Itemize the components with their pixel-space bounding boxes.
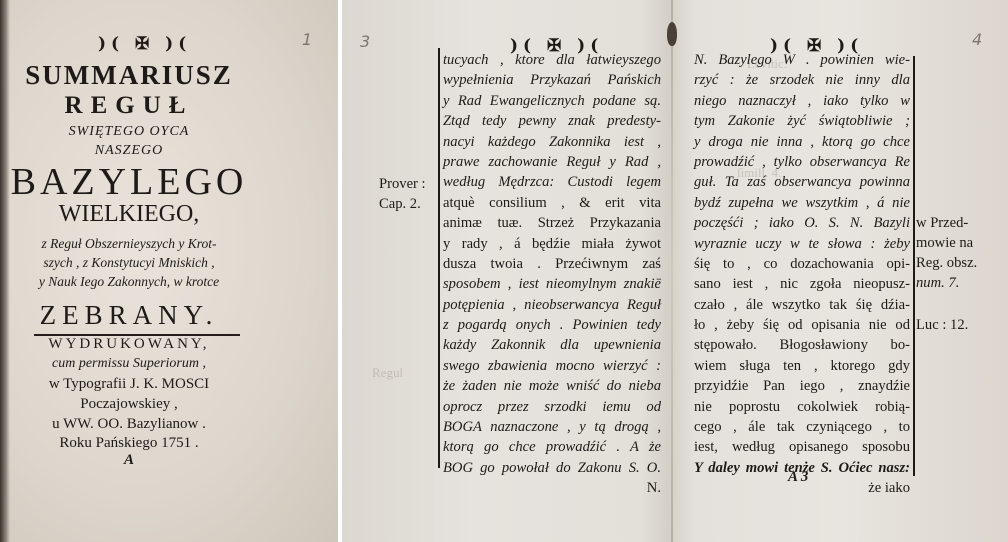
imprint-wydrukowany: WYDRUKOWANY, [0, 336, 258, 353]
margin-note: num. 7. [916, 273, 959, 293]
margin-rule-right [913, 56, 915, 476]
text-line: nie poprostu cokolwiek robią- [694, 397, 910, 417]
title-naszego: NASZEGO [0, 143, 258, 159]
title-page-scan: 1 )( ✠ )( SUMMARIUSZ REGUŁ SWIĘTEGO OYCA… [0, 0, 338, 542]
text-line: wiem sługa ten , ktorego gdy [694, 356, 910, 376]
imprint-permission: cum permissu Superiorum , [0, 356, 258, 372]
ornament-cross-icon: )( ✠ )( [98, 34, 191, 54]
imprint-printer: w Typografii J. K. MOSCI [0, 376, 258, 393]
margin-note: Luc : 12. [916, 315, 968, 335]
margin-note: Reg. obsz. [916, 253, 977, 273]
subtitle-line: z Reguł Obszernieyszych y Krot- [0, 236, 258, 252]
title-wielkiego: WIELKIEGO, [0, 201, 258, 228]
signature-mark: A 3 [788, 469, 808, 486]
margin-note: Prover : [379, 174, 426, 194]
text-line: potępienia , nieobserwancya Reguł [443, 295, 661, 315]
text-line: z pogardą onych . Powinien tedy [443, 315, 661, 335]
subtitle-line: szych , z Konstytucyi Mniskich , [0, 255, 258, 271]
spread-scan: Levitic. ſimill. 4. Regul 3 )( ✠ )( Prov… [342, 0, 1008, 542]
margin-note: Cap. 2. [379, 194, 421, 214]
text-line: cego , ále tak czyniącego , to [694, 417, 910, 437]
bleed-through-text: Regul [372, 365, 403, 381]
text-line: niego naznaczył , iako tylko w [694, 91, 910, 111]
binding-thread-knot [667, 22, 677, 46]
imprint-publisher: u WW. OO. Bazylianow . [0, 416, 258, 433]
text-line: y rady , á będźie miała żywot [443, 234, 661, 254]
title-regul: REGUŁ [0, 92, 258, 120]
page-3-text-column: tucyach , ktore dla łatwieyszego wypełni… [443, 50, 661, 499]
text-line: przyidźie Pan iego , znaydźie [694, 376, 910, 396]
text-line: sposobem , iest nieomylnym znakiē [443, 274, 661, 294]
text-line: swego zbawienia mocno wierzyć : [443, 356, 661, 376]
text-line: ktorą go chce prowadźić . A że [443, 437, 661, 457]
title-summariusz: SUMMARIUSZ [0, 60, 258, 91]
text-line: iest, według opisanego sposobu [694, 437, 910, 457]
margin-note: w Przed- [916, 213, 968, 233]
subtitle-line: y Nauk Iego Zakonnych, w krotce [0, 274, 258, 290]
text-line: rzyć : że srzodek nie inny dla [694, 70, 910, 90]
text-line: N. Bazylego W . powinien wie- [694, 50, 910, 70]
text-line: wyraznie uczy w te słowa : żeby [694, 234, 910, 254]
text-line: wypełnienia Przykazań Pańskich [443, 70, 661, 90]
text-line: y droga nie inna , ktorą go chce [694, 132, 910, 152]
text-line: guł. Ta zaś obserwancya powinna [694, 172, 910, 192]
pencil-page-number: 1 [302, 30, 312, 49]
text-line: y Rad Ewangelicznych podane są. [443, 91, 661, 111]
text-line: prowadźić , tylko obserwancya Re [694, 152, 910, 172]
title-bazylego: BAZYLEGO [0, 160, 258, 204]
text-line: każdy Zakonnik dla upewnienia [443, 335, 661, 355]
text-line: tym Zakonie żyć świątobliwie ; [694, 111, 910, 131]
text-line: atquè consilium , & erit vita [443, 193, 661, 213]
imprint-year: Roku Pańskiego 1751 . [0, 435, 258, 452]
text-line: stępowało. Błogosławiony bo- [694, 335, 910, 355]
text-line: oprocz przez srzodki iemu od [443, 397, 661, 417]
imprint-place: Poczajowskiey , [0, 396, 258, 413]
text-line: sano iest , nic zgoła nieopusz- [694, 274, 910, 294]
text-line: animæ tuæ. Strzeż Przykazania [443, 213, 661, 233]
text-line: prawe zachowanie Reguł y Rad , [443, 152, 661, 172]
margin-rule-left [438, 48, 440, 468]
text-line: Ztąd tedy pewny znak predesty- [443, 111, 661, 131]
signature-mark: A [0, 452, 258, 469]
title-swietego-oyca: SWIĘTEGO OYCA [0, 124, 258, 140]
text-line: według Mędrzca: Custodi legem [443, 172, 661, 192]
pencil-page-number: 3 [360, 32, 370, 51]
text-line: że żaden nie może wniść do nieba [443, 376, 661, 396]
text-line: ło , żeby śię od opisania nie od [694, 315, 910, 335]
title-zebrany: ZEBRANY. [0, 300, 258, 331]
text-line: BOGA naznaczone , y tą drogą , [443, 417, 661, 437]
pencil-page-number: 4 [972, 30, 982, 49]
text-line: tucyach , ktore dla łatwieyszego [443, 50, 661, 70]
margin-note: mowie na [916, 233, 973, 253]
text-line: dusza twoia . Przećiwnym zaś [443, 254, 661, 274]
text-line: poczęśći ; iako O. S. N. Bazyli [694, 213, 910, 233]
text-line: czało , ále wszytko tak śię dźia- [694, 295, 910, 315]
text-line: nacyi każdego Zakonnika iest , [443, 132, 661, 152]
text-line: śię to , co dozachowania opi- [694, 254, 910, 274]
text-line: bydź zupełna we wszytkim , á nie [694, 193, 910, 213]
text-line: BOG go powołał do Zakonu S. O. [443, 458, 661, 478]
catchword: N. [443, 478, 661, 498]
book-gutter [671, 0, 673, 542]
page-4-text-column: N. Bazylego W . powinien wie- rzyć : że … [694, 50, 910, 499]
